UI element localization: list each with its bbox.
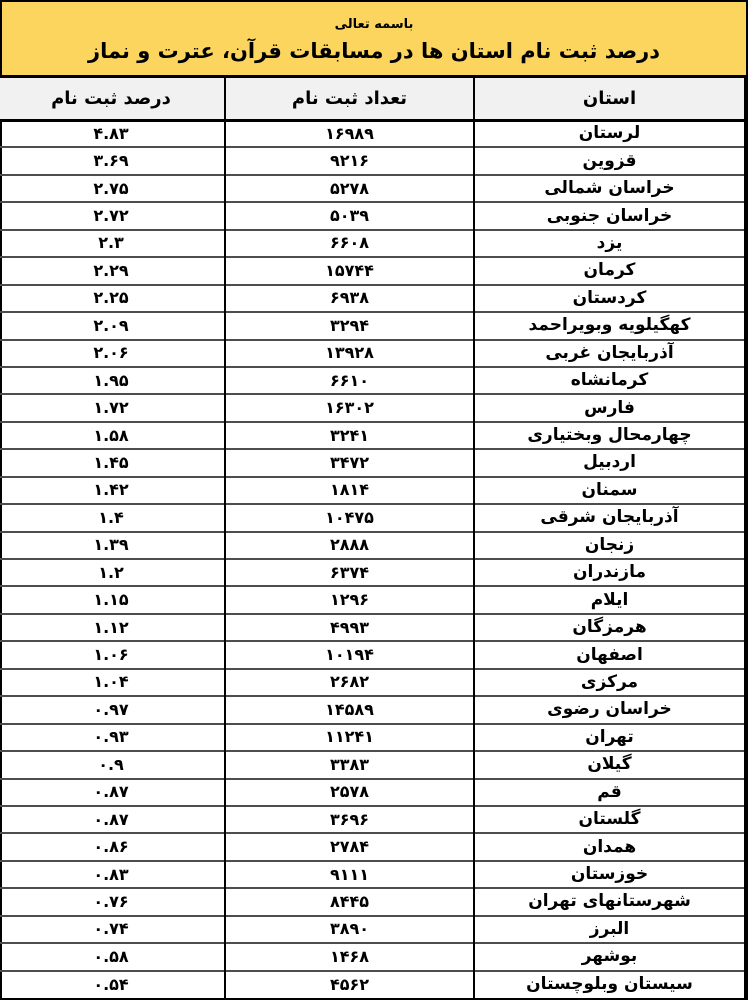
- cell-province: البرز: [474, 916, 745, 943]
- cell-percent: ۲.۳: [0, 230, 225, 257]
- cell-count: ۱۵۷۴۴: [225, 257, 474, 284]
- cell-count: ۱۸۱۴: [225, 477, 474, 504]
- cell-percent: ۰.۸۷: [0, 806, 225, 833]
- cell-province: خراسان جنوبی: [474, 202, 745, 229]
- table-row: گلستان۳۶۹۶۰.۸۷: [0, 806, 745, 833]
- cell-percent: ۰.۵۸: [0, 943, 225, 970]
- cell-percent: ۱.۰۶: [0, 641, 225, 668]
- cell-percent: ۰.۸۶: [0, 833, 225, 860]
- cell-province: یزد: [474, 230, 745, 257]
- cell-percent: ۰.۹۳: [0, 724, 225, 751]
- cell-percent: ۲.۰۹: [0, 312, 225, 339]
- cell-count: ۳۸۹۰: [225, 916, 474, 943]
- cell-count: ۱۴۵۸۹: [225, 696, 474, 723]
- table-row: یزد۶۶۰۸۲.۳: [0, 230, 745, 257]
- table-row: کرمان۱۵۷۴۴۲.۲۹: [0, 257, 745, 284]
- table-row: ایلام۱۲۹۶۱.۱۵: [0, 586, 745, 613]
- document-page: باسمه تعالی درصد ثبت نام استان ها در مسا…: [0, 0, 748, 1000]
- table-row: تهران۱۱۲۴۱۰.۹۳: [0, 724, 745, 751]
- cell-province: چهارمحال وبختیاری: [474, 422, 745, 449]
- cell-percent: ۱.۲: [0, 559, 225, 586]
- cell-province: مازندران: [474, 559, 745, 586]
- cell-province: خراسان شمالی: [474, 175, 745, 202]
- table-row: لرستان۱۶۹۸۹۴.۸۳: [0, 120, 745, 147]
- table-row: سیستان وبلوچستان۴۵۶۲۰.۵۴: [0, 971, 745, 998]
- cell-province: گیلان: [474, 751, 745, 778]
- cell-count: ۲۸۸۸: [225, 532, 474, 559]
- cell-percent: ۱.۱۲: [0, 614, 225, 641]
- cell-percent: ۰.۵۴: [0, 971, 225, 998]
- cell-percent: ۰.۷۴: [0, 916, 225, 943]
- cell-count: ۱۶۹۸۹: [225, 120, 474, 147]
- cell-province: مرکزی: [474, 669, 745, 696]
- table-row: هرمزگان۴۹۹۳۱.۱۲: [0, 614, 745, 641]
- cell-province: خراسان رضوی: [474, 696, 745, 723]
- cell-province: فارس: [474, 394, 745, 421]
- cell-percent: ۰.۹: [0, 751, 225, 778]
- cell-count: ۴۹۹۳: [225, 614, 474, 641]
- cell-count: ۳۶۹۶: [225, 806, 474, 833]
- provinces-registration-table: استان تعداد ثبت نام درصد ثبت نام لرستان۱…: [0, 78, 746, 998]
- table-row: همدان۲۷۸۴۰.۸۶: [0, 833, 745, 860]
- cell-percent: ۲.۲۹: [0, 257, 225, 284]
- table-row: خوزستان۹۱۱۱۰.۸۳: [0, 861, 745, 888]
- cell-percent: ۲.۷۲: [0, 202, 225, 229]
- cell-province: زنجان: [474, 532, 745, 559]
- cell-province: قزوین: [474, 147, 745, 174]
- table-row: آذربایجان غربی۱۳۹۲۸۲.۰۶: [0, 340, 745, 367]
- cell-percent: ۰.۹۷: [0, 696, 225, 723]
- cell-province: کرمانشاه: [474, 367, 745, 394]
- cell-count: ۵۰۳۹: [225, 202, 474, 229]
- cell-percent: ۰.۷۶: [0, 888, 225, 915]
- cell-province: کرمان: [474, 257, 745, 284]
- table-row: قزوین۹۲۱۶۳.۶۹: [0, 147, 745, 174]
- cell-province: سیستان وبلوچستان: [474, 971, 745, 998]
- cell-percent: ۱.۴۵: [0, 449, 225, 476]
- table-row: خراسان جنوبی۵۰۳۹۲.۷۲: [0, 202, 745, 229]
- cell-province: اردبیل: [474, 449, 745, 476]
- table-row: البرز۳۸۹۰۰.۷۴: [0, 916, 745, 943]
- cell-province: تهران: [474, 724, 745, 751]
- cell-province: کهگیلویه وبویراحمد: [474, 312, 745, 339]
- cell-count: ۱۲۹۶: [225, 586, 474, 613]
- column-header-province: استان: [474, 78, 745, 120]
- table-row: کهگیلویه وبویراحمد۳۲۹۴۲.۰۹: [0, 312, 745, 339]
- table-row: زنجان۲۸۸۸۱.۳۹: [0, 532, 745, 559]
- table-row: گیلان۳۳۸۳۰.۹: [0, 751, 745, 778]
- cell-percent: ۲.۰۶: [0, 340, 225, 367]
- cell-count: ۲۵۷۸: [225, 779, 474, 806]
- cell-count: ۱۰۱۹۴: [225, 641, 474, 668]
- cell-count: ۶۶۱۰: [225, 367, 474, 394]
- cell-province: هرمزگان: [474, 614, 745, 641]
- cell-province: همدان: [474, 833, 745, 860]
- cell-count: ۱۰۴۷۵: [225, 504, 474, 531]
- cell-count: ۹۱۱۱: [225, 861, 474, 888]
- cell-percent: ۱.۹۵: [0, 367, 225, 394]
- cell-province: آذربایجان غربی: [474, 340, 745, 367]
- cell-province: خوزستان: [474, 861, 745, 888]
- table-row: اردبیل۳۴۷۲۱.۴۵: [0, 449, 745, 476]
- table-row: کردستان۶۹۳۸۲.۲۵: [0, 285, 745, 312]
- table-row: شهرستانهای تهران۸۴۴۵۰.۷۶: [0, 888, 745, 915]
- cell-count: ۱۱۲۴۱: [225, 724, 474, 751]
- cell-count: ۶۳۷۴: [225, 559, 474, 586]
- table-body: لرستان۱۶۹۸۹۴.۸۳قزوین۹۲۱۶۳.۶۹خراسان شمالی…: [0, 120, 745, 998]
- cell-count: ۶۶۰۸: [225, 230, 474, 257]
- table-row: مازندران۶۳۷۴۱.۲: [0, 559, 745, 586]
- cell-count: ۱۳۹۲۸: [225, 340, 474, 367]
- cell-count: ۹۲۱۶: [225, 147, 474, 174]
- cell-province: کردستان: [474, 285, 745, 312]
- table-header-row: استان تعداد ثبت نام درصد ثبت نام: [0, 78, 745, 120]
- cell-count: ۳۲۴۱: [225, 422, 474, 449]
- table-row: سمنان۱۸۱۴۱.۴۲: [0, 477, 745, 504]
- cell-percent: ۲.۲۵: [0, 285, 225, 312]
- cell-count: ۶۹۳۸: [225, 285, 474, 312]
- bismillah-text: باسمه تعالی: [335, 17, 414, 32]
- table-row: بوشهر۱۴۶۸۰.۵۸: [0, 943, 745, 970]
- table-row: آذربایجان شرقی۱۰۴۷۵۱.۴: [0, 504, 745, 531]
- cell-count: ۴۵۶۲: [225, 971, 474, 998]
- cell-percent: ۱.۱۵: [0, 586, 225, 613]
- table-row: خراسان رضوی۱۴۵۸۹۰.۹۷: [0, 696, 745, 723]
- table-row: مرکزی۲۶۸۲۱.۰۴: [0, 669, 745, 696]
- cell-province: قم: [474, 779, 745, 806]
- cell-percent: ۱.۴۲: [0, 477, 225, 504]
- cell-percent: ۰.۸۳: [0, 861, 225, 888]
- cell-percent: ۳.۶۹: [0, 147, 225, 174]
- cell-percent: ۴.۸۳: [0, 120, 225, 147]
- cell-province: آذربایجان شرقی: [474, 504, 745, 531]
- cell-percent: ۱.۴: [0, 504, 225, 531]
- cell-province: لرستان: [474, 120, 745, 147]
- cell-province: گلستان: [474, 806, 745, 833]
- cell-count: ۳۴۷۲: [225, 449, 474, 476]
- column-header-percent: درصد ثبت نام: [0, 78, 225, 120]
- table-row: اصفهان۱۰۱۹۴۱.۰۶: [0, 641, 745, 668]
- cell-percent: ۱.۵۸: [0, 422, 225, 449]
- cell-count: ۳۳۸۳: [225, 751, 474, 778]
- table-row: قم۲۵۷۸۰.۸۷: [0, 779, 745, 806]
- page-title: درصد ثبت نام استان ها در مسابقات قرآن، ع…: [88, 39, 660, 63]
- table-row: کرمانشاه۶۶۱۰۱.۹۵: [0, 367, 745, 394]
- table-row: خراسان شمالی۵۲۷۸۲.۷۵: [0, 175, 745, 202]
- cell-percent: ۱.۰۴: [0, 669, 225, 696]
- cell-province: شهرستانهای تهران: [474, 888, 745, 915]
- cell-province: سمنان: [474, 477, 745, 504]
- cell-province: ایلام: [474, 586, 745, 613]
- cell-province: بوشهر: [474, 943, 745, 970]
- cell-percent: ۱.۷۲: [0, 394, 225, 421]
- table-row: چهارمحال وبختیاری۳۲۴۱۱.۵۸: [0, 422, 745, 449]
- cell-count: ۲۶۸۲: [225, 669, 474, 696]
- cell-percent: ۱.۳۹: [0, 532, 225, 559]
- cell-count: ۵۲۷۸: [225, 175, 474, 202]
- document-banner: باسمه تعالی درصد ثبت نام استان ها در مسا…: [2, 2, 746, 78]
- table-row: فارس۱۶۳۰۲۱.۷۲: [0, 394, 745, 421]
- cell-count: ۱۶۳۰۲: [225, 394, 474, 421]
- cell-percent: ۰.۸۷: [0, 779, 225, 806]
- cell-province: اصفهان: [474, 641, 745, 668]
- cell-count: ۳۲۹۴: [225, 312, 474, 339]
- cell-count: ۲۷۸۴: [225, 833, 474, 860]
- cell-percent: ۲.۷۵: [0, 175, 225, 202]
- cell-count: ۸۴۴۵: [225, 888, 474, 915]
- column-header-count: تعداد ثبت نام: [225, 78, 474, 120]
- cell-count: ۱۴۶۸: [225, 943, 474, 970]
